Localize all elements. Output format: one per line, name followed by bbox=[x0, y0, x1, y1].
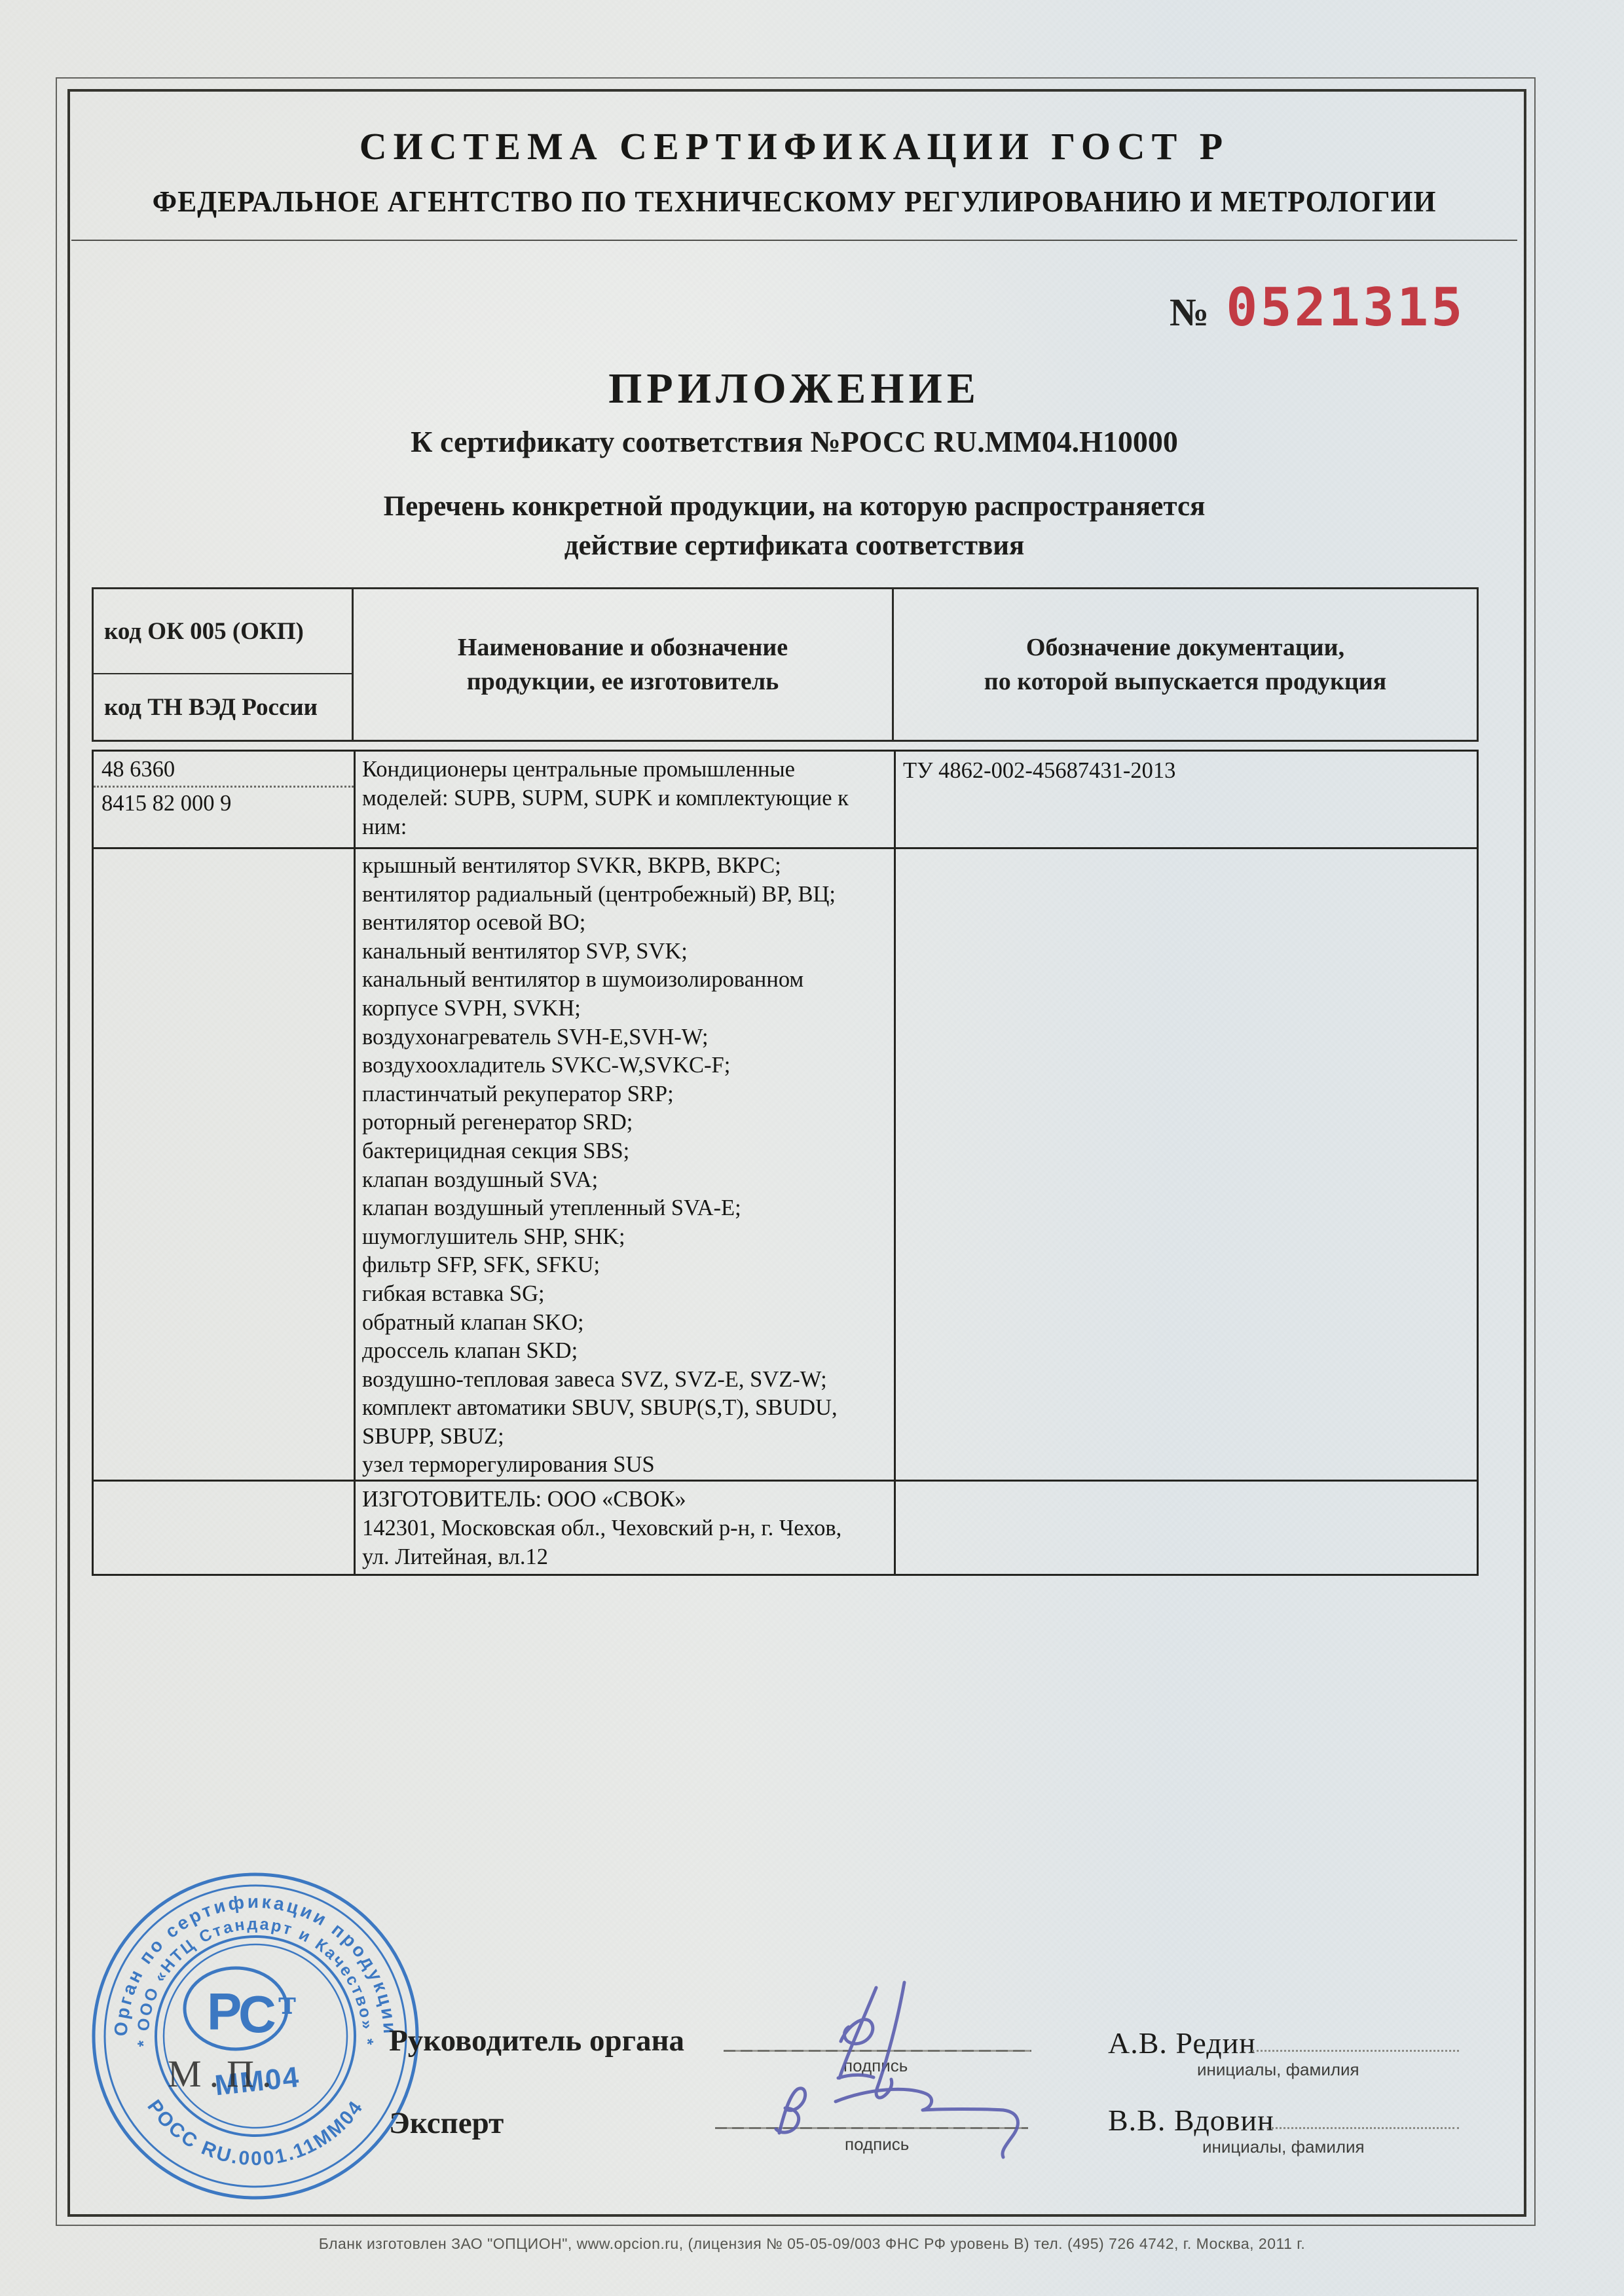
component-list-line: вентилятор радиальный (центробежный) ВР,… bbox=[362, 881, 886, 909]
column-divider-1 bbox=[354, 752, 356, 1574]
component-list-line: шумоглушитель SHP, SHK; bbox=[362, 1223, 886, 1252]
appendix-title-zone: ПРИЛОЖЕНИЕ bbox=[56, 364, 1533, 414]
header-line2: ФЕДЕРАЛЬНОЕ АГЕНТСТВО ПО ТЕХНИЧЕСКОМУ РЕ… bbox=[78, 185, 1511, 219]
component-list-line: узел терморегулирования SUS bbox=[362, 1451, 886, 1480]
header-line: по которой выпускается продукция bbox=[984, 665, 1386, 699]
component-list-line: канальный вентилятор SVP, SVK; bbox=[362, 938, 886, 966]
row-divider-2 bbox=[94, 1480, 1477, 1482]
subtitle-line1: Перечень конкретной продукции, на котору… bbox=[56, 487, 1533, 526]
stamp-ring-bottom-text: РОСС RU.0001.11ММ04 bbox=[143, 2096, 367, 2170]
number-sign: № bbox=[1170, 290, 1209, 335]
component-list-line: канальный вентилятор в шумоизолированном bbox=[362, 966, 886, 994]
doc-designation-value: ТУ 4862-002-45687431-2013 bbox=[903, 757, 1175, 786]
header-line: продукции, ее изготовитель bbox=[467, 665, 779, 699]
head-signature-ink bbox=[838, 1982, 904, 2098]
component-list-line: роторный регенератор SRD; bbox=[362, 1108, 886, 1137]
component-list-line: корпусе SVPH, SVKH; bbox=[362, 994, 886, 1023]
expert-name: В.В. Вдовин bbox=[1108, 2103, 1274, 2138]
product-name-line: ним: bbox=[362, 813, 886, 842]
certificate-reference: К сертификату соответствия №РОСС RU.ММ04… bbox=[56, 424, 1533, 459]
product-name-line: моделей: SUPB, SUPM, SUPK и комплектующи… bbox=[362, 784, 886, 813]
okp-code-header: код ОК 005 (ОКП) bbox=[94, 589, 352, 674]
page-title: ПРИЛОЖЕНИЕ bbox=[56, 364, 1533, 414]
system-header: СИСТЕМА СЕРТИФИКАЦИИ ГОСТ Р bbox=[56, 124, 1533, 168]
head-name-caption: инициалы, фамилия bbox=[1197, 2060, 1359, 2080]
okp-code-value: 48 6360 bbox=[101, 756, 175, 784]
subtitle-zone: Перечень конкретной продукции, на котору… bbox=[56, 487, 1533, 566]
expert-name-leader bbox=[1267, 2127, 1459, 2129]
header-separator bbox=[71, 240, 1517, 241]
product-name-lines: Кондиционеры центральные промышленныемод… bbox=[362, 756, 886, 842]
manufacturer-line: ИЗГОТОВИТЕЛЬ: ООО «СВОК» bbox=[362, 1485, 886, 1514]
head-name: А.В. Редин bbox=[1108, 2026, 1256, 2060]
rst-logo-letter-t: т bbox=[278, 1985, 297, 2022]
code-dotted-divider bbox=[94, 786, 354, 788]
expert-name-caption: инициалы, фамилия bbox=[1202, 2137, 1365, 2157]
rst-logo-letter-c: С bbox=[238, 1985, 276, 2043]
tnved-code-value: 8415 82 000 9 bbox=[101, 790, 231, 818]
component-list-line: воздухоохладитель SVKC-W,SVKC-F; bbox=[362, 1051, 886, 1080]
component-list-line: воздушно-тепловая завеса SVZ, SVZ-E, SVZ… bbox=[362, 1366, 886, 1394]
header-line: Обозначение документации, bbox=[1026, 630, 1344, 665]
component-list-line: клапан воздушный утепленный SVA-E; bbox=[362, 1194, 886, 1223]
expert-signature-ink bbox=[776, 2088, 1018, 2157]
component-list-line: SBUPP, SBUZ; bbox=[362, 1423, 886, 1451]
head-name-leader bbox=[1252, 2050, 1459, 2052]
subtitle-line2: действие сертификата соответствия bbox=[56, 526, 1533, 566]
documentation-header: Обозначение документации,по которой выпу… bbox=[894, 589, 1477, 740]
component-list-line: пластинчатый рекуператор SRP; bbox=[362, 1080, 886, 1109]
codes-header-cell: код ОК 005 (ОКП) код ТН ВЭД России bbox=[94, 589, 354, 740]
certificate-number: РОСС RU.ММ04.Н10000 bbox=[841, 425, 1178, 458]
component-list-line: комплект автоматики SBUV, SBUP(S,T), SBU… bbox=[362, 1394, 886, 1423]
product-name-line: Кондиционеры центральные промышленные bbox=[362, 756, 886, 784]
mp-seal-mark: М.П. bbox=[168, 2052, 279, 2096]
manufacturer-block: ИЗГОТОВИТЕЛЬ: ООО «СВОК»142301, Московск… bbox=[362, 1485, 886, 1572]
component-list-line: обратный клапан SKO; bbox=[362, 1309, 886, 1338]
certification-stamp: Орган по сертификации продукции * ООО «Н… bbox=[79, 1859, 432, 2213]
product-name-header: Наименование и обозначениепродукции, ее … bbox=[354, 589, 894, 740]
expert-role-label: Эксперт bbox=[389, 2105, 504, 2141]
component-list: крышный вентилятор SVKR, ВКРВ, ВКРС;вент… bbox=[362, 852, 886, 1480]
product-table-body: 48 6360 8415 82 000 9 Кондиционеры центр… bbox=[92, 750, 1479, 1576]
certificate-page: { "header": { "line1": "СИСТЕМА СЕРТИФИК… bbox=[0, 0, 1624, 2296]
component-list-line: крышный вентилятор SVKR, ВКРВ, ВКРС; bbox=[362, 852, 886, 881]
blank-number-value: 0521315 bbox=[1226, 282, 1465, 334]
column-divider-2 bbox=[894, 752, 896, 1574]
certificate-label: К сертификату соответствия № bbox=[411, 425, 841, 458]
manufacturer-line: ул. Литейная, вл.12 bbox=[362, 1543, 886, 1572]
component-list-line: гибкая вставка SG; bbox=[362, 1280, 886, 1309]
row-divider-1 bbox=[94, 847, 1477, 849]
header-line1: СИСТЕМА СЕРТИФИКАЦИИ ГОСТ Р bbox=[56, 124, 1533, 168]
header-line: Наименование и обозначение bbox=[458, 630, 788, 665]
rst-logo-letter-p: Р bbox=[207, 1982, 242, 2041]
product-table-header: код ОК 005 (ОКП) код ТН ВЭД России Наиме… bbox=[92, 587, 1479, 742]
blank-manufacturer-footer: Бланк изготовлен ЗАО "ОПЦИОН", www.opcio… bbox=[0, 2235, 1624, 2253]
component-list-line: клапан воздушный SVA; bbox=[362, 1166, 886, 1195]
manufacturer-line: 142301, Московская обл., Чеховский р-н, … bbox=[362, 1514, 886, 1543]
component-list-line: воздухонагреватель SVH-E,SVH-W; bbox=[362, 1023, 886, 1052]
agency-header: ФЕДЕРАЛЬНОЕ АГЕНТСТВО ПО ТЕХНИЧЕСКОМУ РЕ… bbox=[56, 185, 1533, 219]
tnved-code-header: код ТН ВЭД России bbox=[94, 674, 352, 740]
blank-number: № 0521315 bbox=[1170, 282, 1465, 335]
component-list-line: фильтр SFP, SFK, SFKU; bbox=[362, 1251, 886, 1280]
component-list-line: вентилятор осевой ВО; bbox=[362, 909, 886, 938]
handwritten-signatures bbox=[707, 1964, 1126, 2174]
component-list-line: дроссель клапан SKD; bbox=[362, 1337, 886, 1366]
head-role-label: Руководитель органа bbox=[389, 2023, 684, 2058]
component-list-line: бактерицидная секция SBS; bbox=[362, 1137, 886, 1166]
